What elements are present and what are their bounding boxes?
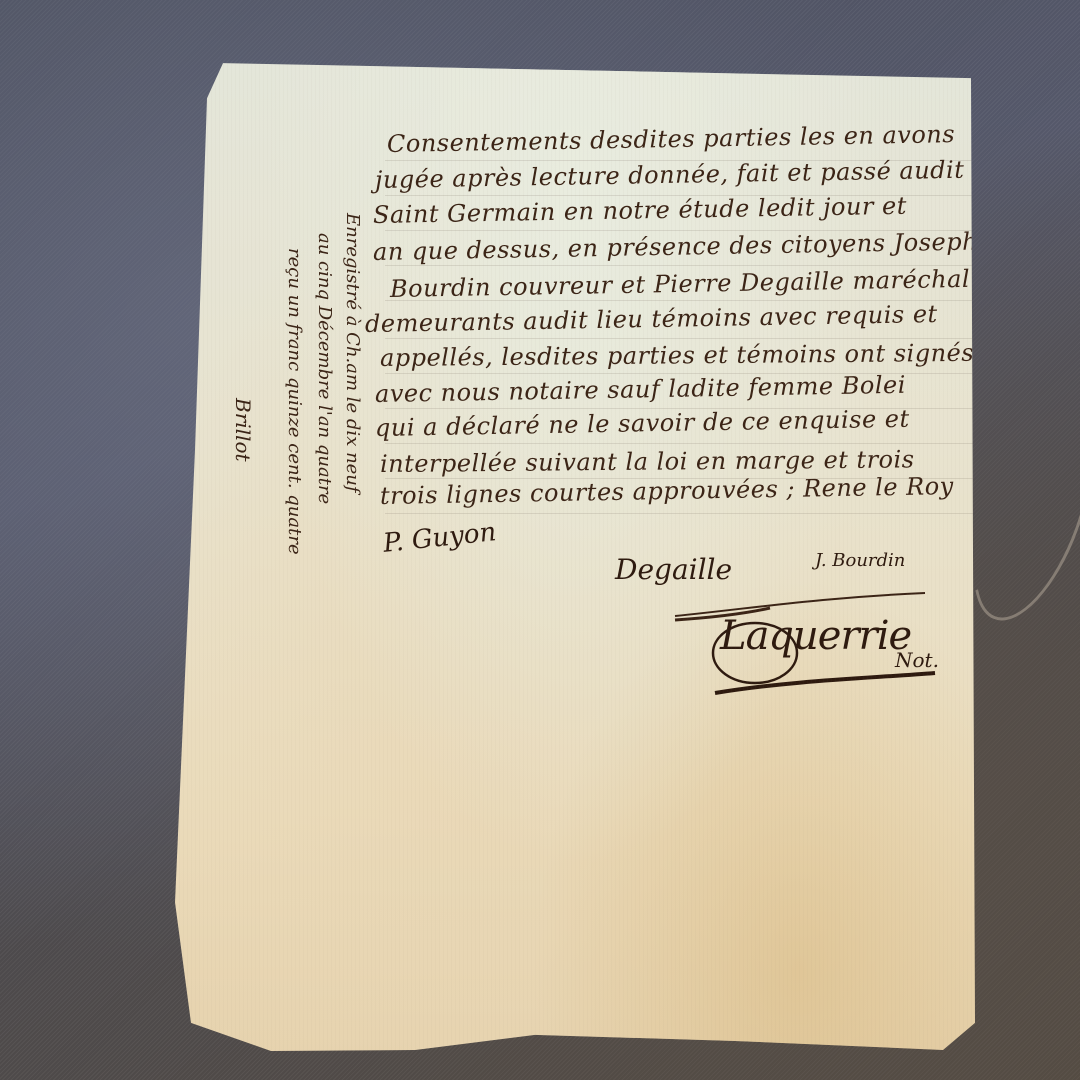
margin-note-line-2: au cinq Décembre l'an quatre — [314, 233, 335, 504]
body-line-11: trois lignes courtes approuvées ; Rene l… — [380, 472, 954, 510]
body-line-3: Saint Germain en notre étude ledit jour … — [373, 192, 907, 229]
signature-guyon: P. Guyon — [382, 517, 498, 559]
signature-flourish — [595, 568, 975, 708]
body-line-7: appellés, lesdites parties et témoins on… — [380, 339, 974, 372]
signature-degaille: Degaille — [615, 553, 732, 586]
body-line-5: Bourdin couvreur et Pierre Degaille maré… — [390, 265, 971, 303]
notary-suffix: Not. — [895, 648, 939, 672]
signature-notary: Laquerrie — [720, 613, 911, 659]
margin-note-line-1: Enregistré à Ch.am le dix neuf — [342, 213, 363, 493]
body-line-10: interpellée suivant la loi en marge et t… — [380, 445, 915, 478]
body-line-6: demeurants audit lieu témoins avec requi… — [365, 300, 938, 338]
body-line-9: qui a déclaré ne le savoir de ce enquise… — [375, 405, 910, 442]
body-line-4: an que dessus, en présence des citoyens … — [373, 227, 979, 266]
manuscript-page: Consentements desdites parties les en av… — [175, 48, 975, 1053]
margin-note-line-3: reçu un franc quinze cent. quatre — [284, 248, 305, 555]
body-line-2: jugée après lecture donnée, fait et pass… — [375, 156, 965, 194]
signature-bourdin: J. Bourdin — [815, 550, 905, 571]
body-line-8: avec nous notaire sauf ladite femme Bole… — [375, 371, 906, 408]
margin-note-signature: Brillot — [231, 398, 255, 462]
body-line-1: Consentements desdites parties les en av… — [387, 120, 956, 158]
